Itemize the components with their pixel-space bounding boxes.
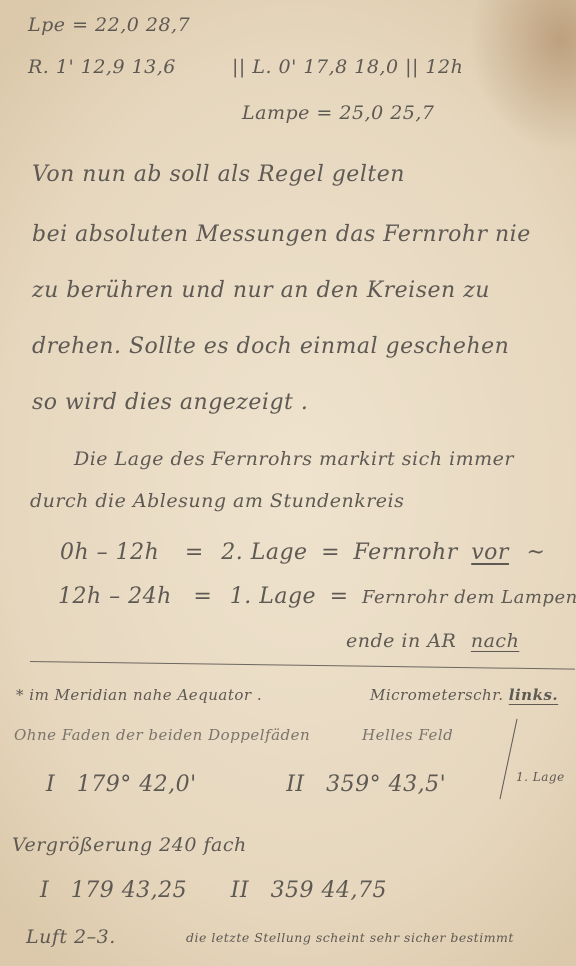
circle-ii-value: 359 44,75 bbox=[271, 878, 387, 903]
lage-emph-nach: nach bbox=[471, 630, 519, 652]
measure1: I 179° 42,0' II 359° 43,5' bbox=[46, 772, 446, 797]
circle-i-label: I bbox=[40, 878, 49, 903]
para1-line5: so wird dies angezeigt . bbox=[32, 390, 308, 415]
section2-header-right: Micrometerschr. links. bbox=[370, 686, 558, 704]
para2-line1: Die Lage des Fernrohrs markirt sich imme… bbox=[74, 448, 514, 470]
para2-line2: durch die Ablesung am Stundenkreis bbox=[30, 490, 404, 512]
magnification: Vergrößerung 240 fach bbox=[12, 834, 247, 856]
emph-links: links. bbox=[509, 686, 558, 704]
lage-range: 12h – 24h bbox=[58, 584, 172, 609]
lage-emph-vor: vor bbox=[471, 540, 509, 565]
footer-remark: die letzte Stellung scheint sehr sicher … bbox=[186, 930, 514, 945]
footer-luft: Luft 2–3. bbox=[26, 926, 116, 948]
reading-lpe: Lpe = 22,0 28,7 bbox=[28, 14, 190, 36]
lage-row-2: 12h – 24h = 1. Lage = Fernrohr dem Lampe… bbox=[58, 584, 576, 609]
circle-ii-value: 359° 43,5' bbox=[326, 772, 446, 797]
lage-label: 2. Lage bbox=[221, 540, 307, 565]
reading-lampe: Lampe = 25,0 25,7 bbox=[242, 102, 435, 124]
bracket-slash bbox=[499, 719, 517, 799]
para1-line4: drehen. Sollte es doch einmal geschehen bbox=[32, 334, 509, 359]
section2-subheader: Ohne Faden der beiden Doppelfäden bbox=[14, 726, 310, 744]
para1-line1: Von nun ab soll als Regel gelten bbox=[32, 162, 405, 187]
side-note-lage: 1. Lage bbox=[516, 770, 565, 784]
divider-line bbox=[30, 661, 575, 670]
para1-line2: bei absoluten Messungen das Fernrohr nie bbox=[32, 222, 531, 247]
reading-l: || L. 0' 17,8 18,0 || 12h bbox=[232, 56, 463, 78]
section2-subheader-right: Helles Feld bbox=[362, 726, 453, 744]
circle-ii-label: II bbox=[286, 772, 304, 797]
lage-desc: Fernrohr bbox=[354, 540, 458, 565]
circle-i-label: I bbox=[46, 772, 55, 797]
lage-row-1: 0h – 12h = 2. Lage = Fernrohr vor ~ bbox=[60, 540, 545, 565]
lage-label: 1. Lage bbox=[230, 584, 316, 609]
measure2: I 179 43,25 II 359 44,75 bbox=[40, 878, 387, 903]
circle-ii-label: II bbox=[231, 878, 249, 903]
lage-desc: Fernrohr dem Lampen- bbox=[362, 587, 576, 608]
notebook-page: Lpe = 22,0 28,7 R. 1' 12,9 13,6 || L. 0'… bbox=[0, 0, 576, 966]
para1-line3: zu berühren und nur an den Kreisen zu bbox=[32, 278, 490, 303]
circle-i-value: 179 43,25 bbox=[71, 878, 187, 903]
section2-header-left: * im Meridian nahe Aequator . bbox=[16, 686, 262, 704]
circle-i-value: 179° 42,0' bbox=[77, 772, 197, 797]
lage-continuation: ende in AR nach bbox=[346, 630, 519, 652]
reading-r: R. 1' 12,9 13,6 bbox=[28, 56, 176, 78]
lage-range: 0h – 12h bbox=[60, 540, 159, 565]
